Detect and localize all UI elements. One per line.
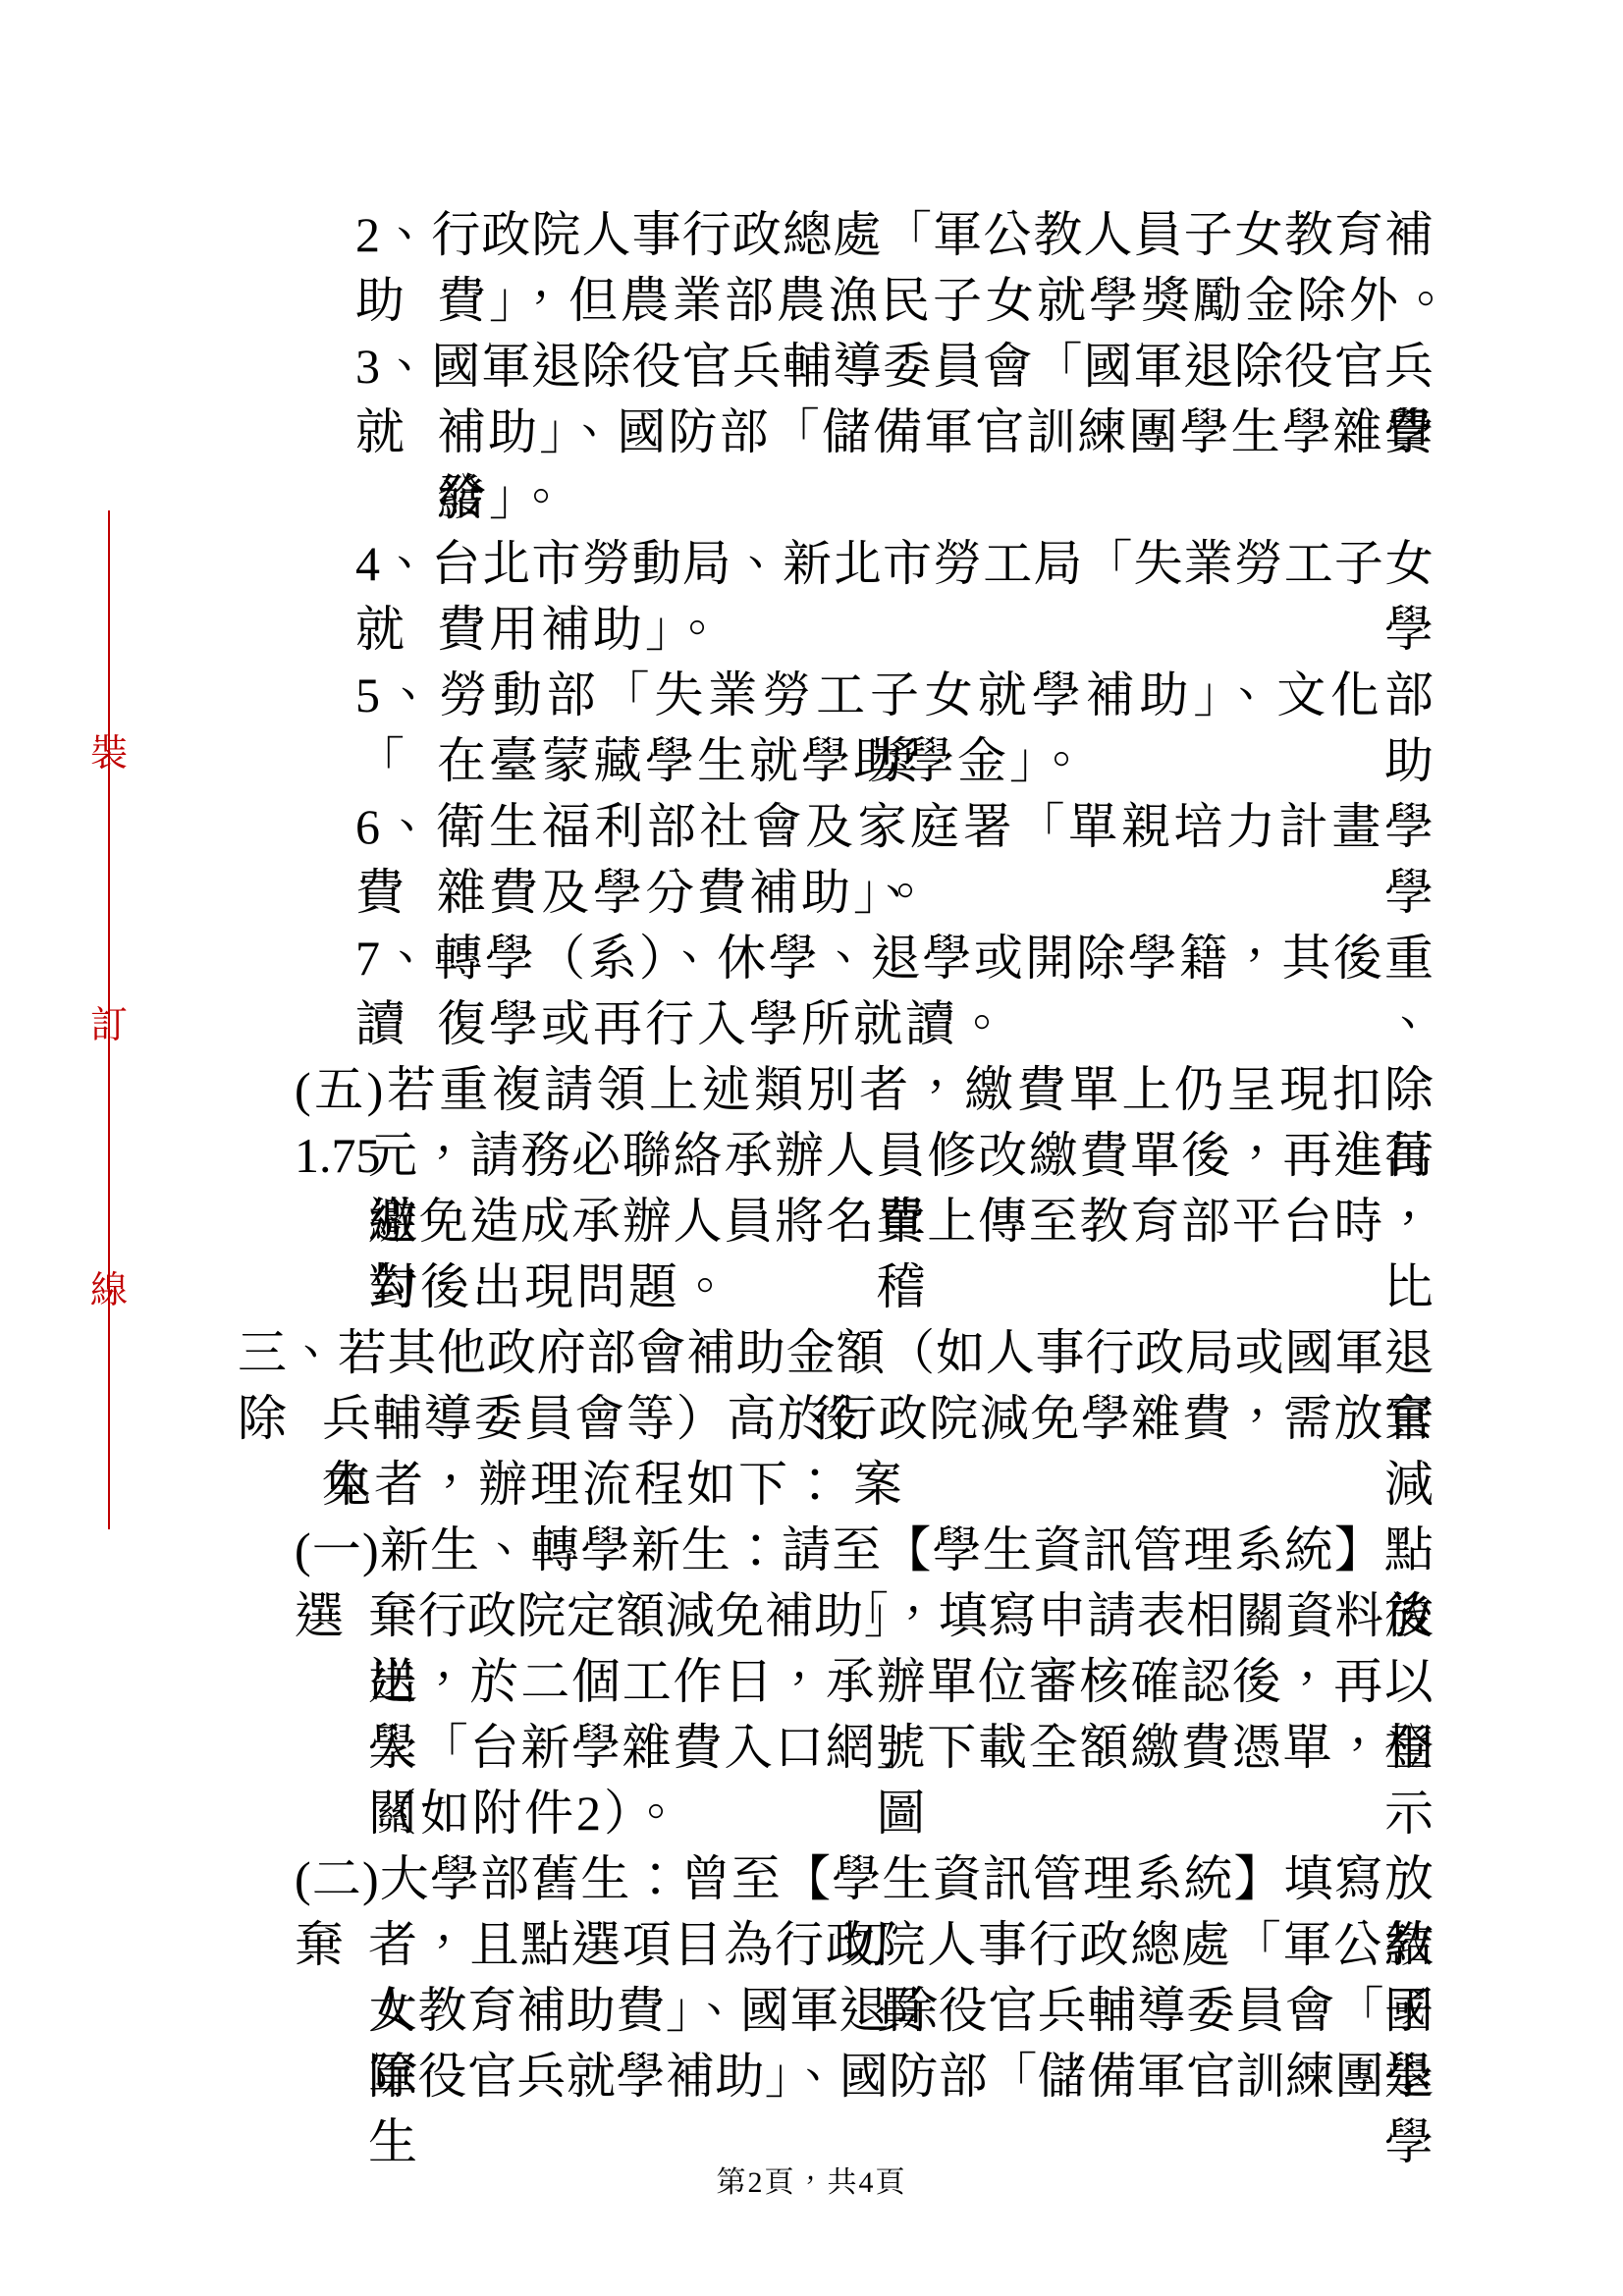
document-line: 費」，但農業部農漁民子女就學獎勵金除外。 xyxy=(238,268,1434,334)
document-line: 三、若其他政府部會補助金額（如人事行政局或國軍退除役官 xyxy=(238,1320,1434,1386)
document-line: 除役官兵就學補助」、國防部「儲備軍官訓練團學生學 xyxy=(238,2044,1434,2109)
binding-mark-char-zhuang: 裝 xyxy=(90,735,128,773)
document-line: (一)新生、轉學新生：請至【學生資訊管理系統】點選「放 xyxy=(238,1518,1434,1583)
document-line: 2、行政院人事行政總處「軍公教人員子女教育補助 xyxy=(238,202,1434,268)
document-line: 入「台新學雜費入口網」下載全額繳費憑單，相關圖示 xyxy=(238,1715,1434,1781)
document-page: 裝 訂 線 2、行政院人事行政總處「軍公教人員子女教育補助費」，但農業部農漁民子… xyxy=(0,0,1623,2296)
document-line: 6、衛生福利部社會及家庭署「單親培力計畫學費、學 xyxy=(238,794,1434,860)
document-line: 出，於二個工作日，承辦單位審核確認後，再以學號登 xyxy=(238,1649,1434,1715)
document-body: 2、行政院人事行政總處「軍公教人員子女教育補助費」，但農業部農漁民子女就學獎勵金… xyxy=(238,202,1434,2109)
document-line: 5、勞動部「失業勞工子女就學補助」、文化部「獎助 xyxy=(238,663,1434,728)
document-line: 者，且點選項目為行政院人事行政總處「軍公教人員子 xyxy=(238,1912,1434,1978)
document-line: 兵輔導委員會等）高於行政院減免學雜費，需放棄本案減 xyxy=(238,1386,1434,1452)
document-line: 避免造成承辦人員將名單上傳至教育部平台時，勾稽比 xyxy=(238,1189,1434,1255)
document-line: 7、轉學（系）、休學、退學或開除學籍，其後重讀、 xyxy=(238,926,1434,991)
document-line: 棄行政院定額減免補助」，填寫申請表相關資料後送 xyxy=(238,1583,1434,1649)
document-line: 3、國軍退除役官兵輔導委員會「國軍退除役官兵就學 xyxy=(238,334,1434,400)
binding-mark-char-ding: 訂 xyxy=(90,1007,128,1044)
document-line: 女教育補助費」、國軍退除役官兵輔導委員會「國軍退 xyxy=(238,1978,1434,2044)
page-number: 第2頁，共4頁 xyxy=(0,2163,1623,2203)
document-line: (二)大學部舊生：曾至【學生資訊管理系統】填寫放棄切結 xyxy=(238,1846,1434,1912)
document-line: (五)若重複請領上述類別者，繳費單上仍呈現扣除1.75萬 xyxy=(238,1057,1434,1123)
document-line: 4、台北市勞動局、新北市勞工局「失業勞工子女就學 xyxy=(238,531,1434,597)
document-line: 元，請務必聯絡承辦人員修改繳費單後，再進行繳費， xyxy=(238,1123,1434,1189)
document-line: 給」。 xyxy=(238,465,1434,531)
binding-mark-char-xian: 線 xyxy=(90,1272,128,1309)
